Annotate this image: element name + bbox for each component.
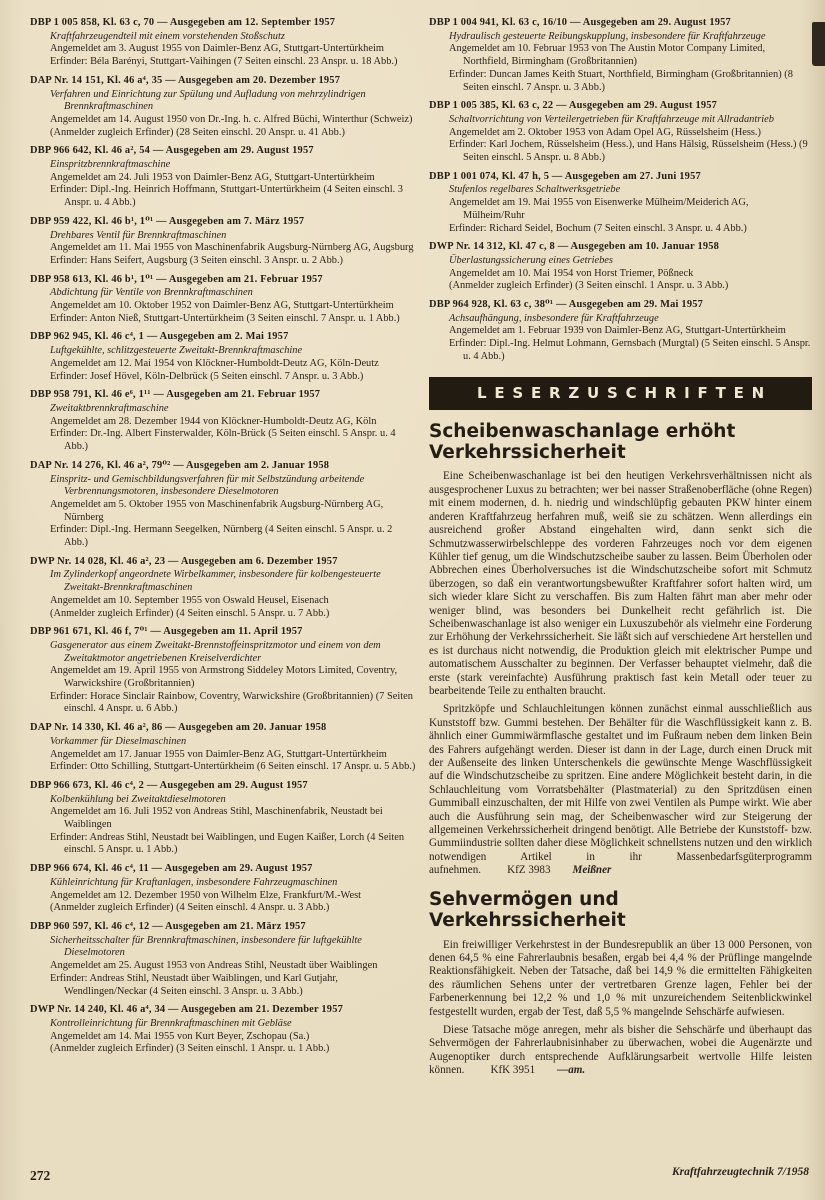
patent-title: Gasgenerator aus einem Zweitakt-Brennsto…: [30, 640, 418, 665]
patent-detail-line: Angemeldet am 14. August 1950 von Dr.-In…: [30, 114, 418, 127]
patent-title: Vorkammer für Dieselmaschinen: [30, 736, 418, 749]
patent-entry: DBP 966 642, Kl. 46 a², 54 — Ausgegeben …: [30, 145, 418, 210]
patent-detail-line: Erfinder: Otto Schilling, Stuttgart-Unte…: [30, 761, 418, 774]
patent-head: DBP 961 671, Kl. 46 f, 7⁰¹ — Ausgegeben …: [30, 626, 418, 639]
patent-detail-line: Angemeldet am 10. September 1955 von Osw…: [30, 595, 418, 608]
patent-title: Drehbares Ventil für Brennkraftmaschinen: [30, 230, 418, 243]
patent-list-left-column: DBP 1 005 858, Kl. 63 c, 70 — Ausgegeben…: [30, 17, 418, 1083]
patent-head: DWP Nr. 14 240, Kl. 46 a⁴, 34 — Ausgegeb…: [30, 1004, 418, 1017]
patent-detail-line: Angemeldet am 10. Oktober 1952 von Daiml…: [30, 300, 418, 313]
patent-detail-line: Angemeldet am 1. Februar 1939 von Daimle…: [429, 325, 812, 338]
patent-title: Luftgekühlte, schlitzgesteuerte Zweitakt…: [30, 345, 418, 358]
section-header-leserzuschriften: LESERZUSCHRIFTEN: [429, 377, 812, 410]
patent-title: Kühleinrichtung für Kraftanlagen, insbes…: [30, 877, 418, 890]
patent-detail-line: Erfinder: Duncan James Keith Stuart, Nor…: [429, 69, 812, 94]
patent-detail-line: (Anmelder zugleich Erfinder) (3 Seiten e…: [429, 280, 812, 293]
two-column-layout: DBP 1 005 858, Kl. 63 c, 70 — Ausgegeben…: [30, 17, 812, 1083]
patent-head: DAP Nr. 14 276, Kl. 46 a², 79⁰² — Ausgeg…: [30, 460, 418, 473]
patent-detail-line: Angemeldet am 10. Februar 1953 von The A…: [429, 43, 812, 68]
article-paragraph: Eine Scheibenwaschanlage ist bei den heu…: [429, 470, 812, 698]
patent-head: DBP 959 422, Kl. 46 b¹, 1⁰¹ — Ausgegeben…: [30, 216, 418, 229]
patent-detail-line: Erfinder: Dipl.-Ing. Hermann Seegelken, …: [30, 524, 418, 549]
article-ref: KfZ 3983: [507, 864, 550, 876]
patent-detail-line: Angemeldet am 19. Mai 1955 von Eisenwerk…: [429, 197, 812, 222]
patent-title: Verfahren und Einrichtung zur Spülung un…: [30, 89, 418, 114]
patent-detail-line: (Anmelder zugleich Erfinder) (4 Seiten e…: [30, 608, 418, 621]
patent-head: DBP 1 005 385, Kl. 63 c, 22 — Ausgegeben…: [429, 100, 812, 113]
patent-detail-line: Erfinder: Josef Hövel, Köln-Delbrück (5 …: [30, 371, 418, 384]
article-sehvermoegen: Sehvermögen und Verkehrssicherheit Ein f…: [429, 889, 812, 1078]
patent-title: Überlastungssicherung eines Getriebes: [429, 255, 812, 268]
patent-head: DBP 960 597, Kl. 46 c⁴, 12 — Ausgegeben …: [30, 921, 418, 934]
patent-head: DBP 964 928, Kl. 63 c, 38⁰¹ — Ausgegeben…: [429, 299, 812, 312]
patent-detail-line: Erfinder: Horace Sinclair Rainbow, Coven…: [30, 691, 418, 716]
right-column: DBP 1 004 941, Kl. 63 c, 16/10 — Ausgege…: [429, 17, 812, 1083]
patent-detail-line: Erfinder: Andreas Stihl, Neustadt über W…: [30, 973, 418, 998]
article-text: Spritzköpfe und Schlauchleitungen können…: [429, 703, 812, 876]
patent-title: Einspritz- und Gemischbildungsverfahren …: [30, 474, 418, 499]
patent-entry: DBP 958 791, Kl. 46 e⁶, 1¹¹ — Ausgegeben…: [30, 389, 418, 454]
patent-head: DBP 966 642, Kl. 46 a², 54 — Ausgegeben …: [30, 145, 418, 158]
patent-detail-line: Erfinder: Dr.-Ing. Albert Finsterwalder,…: [30, 428, 418, 453]
article-heading: Scheibenwaschanlage erhöht Verkehrs­sich…: [429, 421, 812, 464]
patent-head: DBP 958 613, Kl. 46 b¹, 1⁰¹ — Ausgegeben…: [30, 274, 418, 287]
patent-title: Achsaufhängung, insbesondere für Kraftfa…: [429, 313, 812, 326]
patent-detail-line: Erfinder: Richard Seidel, Bochum (7 Seit…: [429, 223, 812, 236]
journal-footer: Kraftfahrzeugtechnik 7/1958: [672, 1166, 809, 1178]
article-paragraph: Spritzköpfe und Schlauchleitungen können…: [429, 703, 812, 877]
patent-head: DBP 962 945, Kl. 46 c⁴, 1 — Ausgegeben a…: [30, 331, 418, 344]
patent-entry: DBP 1 005 385, Kl. 63 c, 22 — Ausgegeben…: [429, 100, 812, 165]
patent-detail-line: (Anmelder zugleich Erfinder) (4 Seiten e…: [30, 902, 418, 915]
patent-detail-line: Angemeldet am 3. August 1955 von Daimler…: [30, 43, 418, 56]
patent-title: Abdichtung für Ventile von Brennkraftmas…: [30, 287, 418, 300]
patent-entry: DWP Nr. 14 240, Kl. 46 a⁴, 34 — Ausgegeb…: [30, 1004, 418, 1056]
patent-entry: DBP 960 597, Kl. 46 c⁴, 12 — Ausgegeben …: [30, 921, 418, 998]
patent-head: DAP Nr. 14 330, Kl. 46 a², 86 — Ausgegeb…: [30, 722, 418, 735]
patent-head: DBP 1 005 858, Kl. 63 c, 70 — Ausgegeben…: [30, 17, 418, 30]
patent-head: DAP Nr. 14 151, Kl. 46 a⁴, 35 — Ausgegeb…: [30, 75, 418, 88]
patent-entry: DBP 958 613, Kl. 46 b¹, 1⁰¹ — Ausgegeben…: [30, 274, 418, 326]
patent-title: Kontrolleinrichtung für Brennkraftmaschi…: [30, 1018, 418, 1031]
patent-detail-line: Erfinder: Dipl.-Ing. Helmut Lohmann, Ger…: [429, 338, 812, 363]
patent-entry: DBP 966 673, Kl. 46 c⁴, 2 — Ausgegeben a…: [30, 780, 418, 857]
patent-detail-line: Angemeldet am 19. April 1955 von Armstro…: [30, 665, 418, 690]
patent-detail-line: Angemeldet am 24. Juli 1953 von Daimler-…: [30, 172, 418, 185]
patent-title: Stufenlos regelbares Schaltwerksgetriebe: [429, 184, 812, 197]
patent-detail-line: Angemeldet am 12. Mai 1954 von Klöckner-…: [30, 358, 418, 371]
patent-entry: DAP Nr. 14 151, Kl. 46 a⁴, 35 — Ausgegeb…: [30, 75, 418, 140]
article-text: Diese Tatsache möge anregen, mehr als bi…: [429, 1024, 812, 1076]
patent-detail-line: Angemeldet am 28. Dezember 1944 von Klöc…: [30, 416, 418, 429]
patent-title: Sicherheitsschalter für Brennkraftmaschi…: [30, 935, 418, 960]
patent-detail-line: Erfinder: Hans Seifert, Augsburg (3 Seit…: [30, 255, 418, 268]
patent-title: Im Zylinderkopf angeordnete Wirbelkammer…: [30, 569, 418, 594]
patent-entry: DWP Nr. 14 028, Kl. 46 a², 23 — Ausgegeb…: [30, 556, 418, 621]
article-paragraph: Ein freiwilliger Verkehrstest in der Bun…: [429, 939, 812, 1019]
patent-detail-line: Angemeldet am 10. Mai 1954 von Horst Tri…: [429, 268, 812, 281]
patent-head: DWP Nr. 14 028, Kl. 46 a², 23 — Ausgegeb…: [30, 556, 418, 569]
patent-title: Schaltvorrichtung von Verteilergetrieben…: [429, 114, 812, 127]
patent-detail-line: Erfinder: Anton Nieß, Stuttgart-Untertür…: [30, 313, 418, 326]
patent-head: DBP 958 791, Kl. 46 e⁶, 1¹¹ — Ausgegeben…: [30, 389, 418, 402]
patent-detail-line: Angemeldet am 5. Oktober 1955 von Maschi…: [30, 499, 418, 524]
patent-head: DBP 966 673, Kl. 46 c⁴, 2 — Ausgegeben a…: [30, 780, 418, 793]
patent-head: DWP Nr. 14 312, Kl. 47 c, 8 — Ausgegeben…: [429, 241, 812, 254]
patent-entry: DBP 966 674, Kl. 46 c⁴, 11 — Ausgegeben …: [30, 863, 418, 915]
patent-detail-line: Angemeldet am 16. Juli 1952 von Andreas …: [30, 806, 418, 831]
patent-entry: DWP Nr. 14 312, Kl. 47 c, 8 — Ausgegeben…: [429, 241, 812, 293]
patent-detail-line: Angemeldet am 25. August 1953 von Andrea…: [30, 960, 418, 973]
patent-entry: DAP Nr. 14 276, Kl. 46 a², 79⁰² — Ausgeg…: [30, 460, 418, 550]
patent-detail-line: (Anmelder zugleich Erfinder) (3 Seiten e…: [30, 1043, 418, 1056]
journal-page: DBP 1 005 858, Kl. 63 c, 70 — Ausgegeben…: [0, 0, 825, 1200]
scan-edge-artifact: [812, 22, 825, 66]
patent-detail-line: Erfinder: Béla Barényi, Stuttgart-Vaihin…: [30, 56, 418, 69]
patent-title: Einspritzbrennkraftmaschine: [30, 159, 418, 172]
patent-detail-line: Angemeldet am 14. Mai 1955 von Kurt Beye…: [30, 1031, 418, 1044]
patent-detail-line: (Anmelder zugleich Erfinder) (28 Seiten …: [30, 127, 418, 140]
patent-detail-line: Angemeldet am 17. Januar 1955 von Daimle…: [30, 749, 418, 762]
patent-list-right-column: DBP 1 004 941, Kl. 63 c, 16/10 — Ausgege…: [429, 17, 812, 364]
page-number: 272: [30, 1168, 50, 1184]
patent-entry: DBP 961 671, Kl. 46 f, 7⁰¹ — Ausgegeben …: [30, 626, 418, 716]
patent-entry: DBP 959 422, Kl. 46 b¹, 1⁰¹ — Ausgegeben…: [30, 216, 418, 268]
article-signature: —am.: [557, 1064, 585, 1076]
patent-title: Hydraulisch gesteuerte Reibungskupplung,…: [429, 31, 812, 44]
patent-entry: DAP Nr. 14 330, Kl. 46 a², 86 — Ausgegeb…: [30, 722, 418, 774]
patent-head: DBP 1 001 074, Kl. 47 h, 5 — Ausgegeben …: [429, 171, 812, 184]
patent-entry: DBP 1 004 941, Kl. 63 c, 16/10 — Ausgege…: [429, 17, 812, 94]
patent-entry: DBP 1 005 858, Kl. 63 c, 70 — Ausgegeben…: [30, 17, 418, 69]
patent-title: Zweitaktbrennkraftmaschine: [30, 403, 418, 416]
article-paragraph: Diese Tatsache möge anregen, mehr als bi…: [429, 1024, 812, 1078]
patent-title: Kolbenkühlung bei Zweitaktdieselmotoren: [30, 794, 418, 807]
patent-entry: DBP 1 001 074, Kl. 47 h, 5 — Ausgegeben …: [429, 171, 812, 236]
patent-detail-line: Erfinder: Karl Jochem, Rüsselsheim (Hess…: [429, 139, 812, 164]
patent-detail-line: Angemeldet am 11. Mai 1955 von Maschinen…: [30, 242, 418, 255]
patent-detail-line: Angemeldet am 2. Oktober 1953 von Adam O…: [429, 127, 812, 140]
patent-head: DBP 1 004 941, Kl. 63 c, 16/10 — Ausgege…: [429, 17, 812, 30]
patent-title: Kraftfahrzeugendteil mit einem vorstehen…: [30, 31, 418, 44]
patent-entry: DBP 962 945, Kl. 46 c⁴, 1 — Ausgegeben a…: [30, 331, 418, 383]
patent-detail-line: Erfinder: Dipl.-Ing. Heinrich Hoffmann, …: [30, 184, 418, 209]
article-scheibenwaschanlage: Scheibenwaschanlage erhöht Verkehrs­sich…: [429, 421, 812, 878]
article-signature: Meißner: [573, 864, 612, 876]
article-heading: Sehvermögen und Verkehrssicherheit: [429, 889, 812, 932]
patent-head: DBP 966 674, Kl. 46 c⁴, 11 — Ausgegeben …: [30, 863, 418, 876]
patent-detail-line: Angemeldet am 12. Dezember 1950 von Wilh…: [30, 890, 418, 903]
article-ref: KfK 3951: [490, 1064, 535, 1076]
patent-detail-line: Erfinder: Andreas Stihl, Neustadt bei Wa…: [30, 832, 418, 857]
patent-entry: DBP 964 928, Kl. 63 c, 38⁰¹ — Ausgegeben…: [429, 299, 812, 364]
